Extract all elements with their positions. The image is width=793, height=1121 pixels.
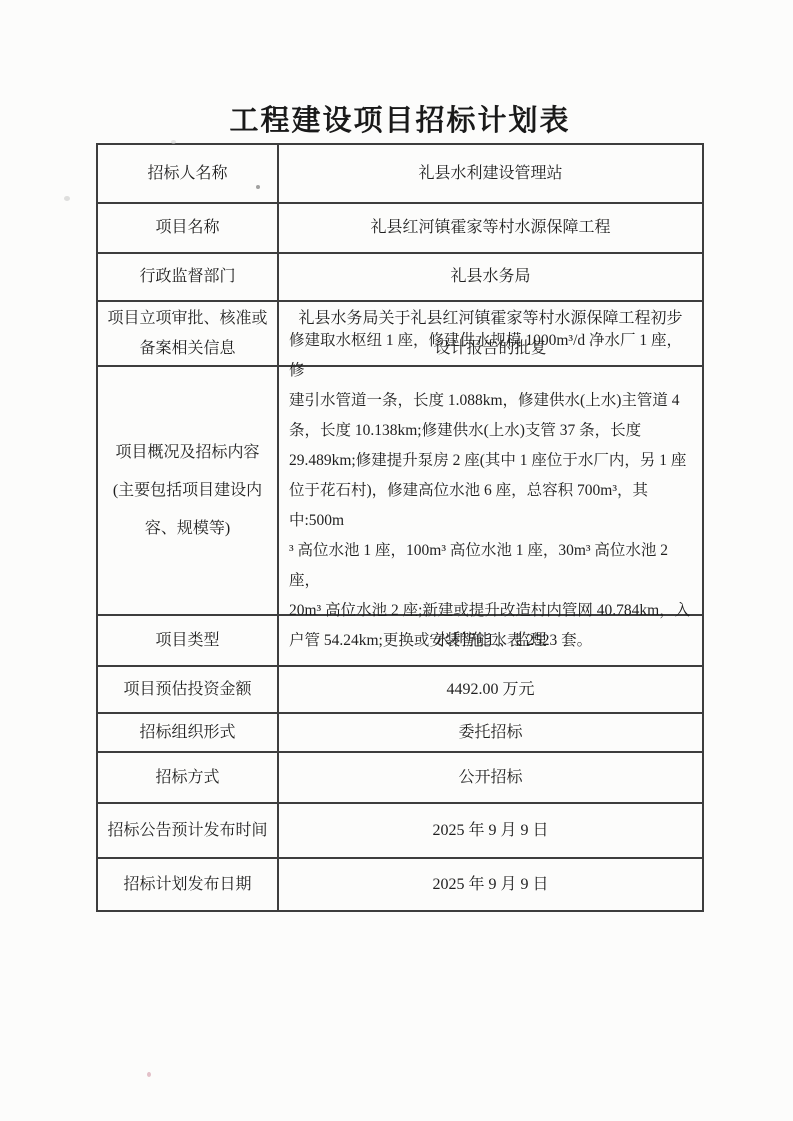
row-label-estimated-investment: 项目预估投资金额 [98,667,279,712]
row-label-bidder-name: 招标人名称 [98,145,279,202]
row-label-project-overview: 项目概况及招标内容(主要包括项目建设内容、规模等) [98,367,279,614]
row-value-bidder-name: 礼县水利建设管理站 [279,145,702,202]
row-value-bidding-method: 公开招标 [279,753,702,802]
table-row-bidding-organization-form: 招标组织形式 委托招标 [98,712,702,751]
row-value-project-type: 水利施工、监理 [279,616,702,665]
row-label-plan-publish-date: 招标计划发布日期 [98,859,279,910]
row-label-project-type: 项目类型 [98,616,279,665]
table-row-plan-publish-date: 招标计划发布日期 2025 年 9 月 9 日 [98,857,702,910]
table-row-estimated-investment: 项目预估投资金额 4492.00 万元 [98,665,702,712]
row-label-bidding-organization-form: 招标组织形式 [98,714,279,751]
row-value-plan-publish-date: 2025 年 9 月 9 日 [279,859,702,910]
row-label-announcement-expected-date: 招标公告预计发布时间 [98,804,279,857]
document-page: 工程建设项目招标计划表 招标人名称 礼县水利建设管理站 项目名称 礼县红河镇霍家… [0,0,793,1121]
row-value-estimated-investment: 4492.00 万元 [279,667,702,712]
table-row-announcement-expected-date: 招标公告预计发布时间 2025 年 9 月 9 日 [98,802,702,857]
table-row-project-overview: 项目概况及招标内容(主要包括项目建设内容、规模等) 修建取水枢纽 1 座，修建供… [98,365,702,614]
table-row-project-type: 项目类型 水利施工、监理 [98,614,702,665]
scan-speck [147,1072,151,1077]
table-row-bidder-name: 招标人名称 礼县水利建设管理站 [98,145,702,202]
row-label-project-name: 项目名称 [98,204,279,252]
table-row-bidding-method: 招标方式 公开招标 [98,751,702,802]
table-row-project-name: 项目名称 礼县红河镇霍家等村水源保障工程 [98,202,702,252]
row-label-approval-info: 项目立项审批、核准或备案相关信息 [98,302,279,365]
row-value-supervising-department: 礼县水务局 [279,254,702,300]
row-value-project-name: 礼县红河镇霍家等村水源保障工程 [279,204,702,252]
row-value-project-overview: 修建取水枢纽 1 座，修建供水规模 1000m³/d 净水厂 1 座，修 建引水… [279,367,702,614]
scan-speck [64,196,70,201]
row-label-bidding-method: 招标方式 [98,753,279,802]
row-value-bidding-organization-form: 委托招标 [279,714,702,751]
row-label-supervising-department: 行政监督部门 [98,254,279,300]
bidding-plan-table: 招标人名称 礼县水利建设管理站 项目名称 礼县红河镇霍家等村水源保障工程 行政监… [96,143,704,912]
page-title: 工程建设项目招标计划表 [96,98,704,139]
table-row-supervising-department: 行政监督部门 礼县水务局 [98,252,702,300]
row-value-announcement-expected-date: 2025 年 9 月 9 日 [279,804,702,857]
